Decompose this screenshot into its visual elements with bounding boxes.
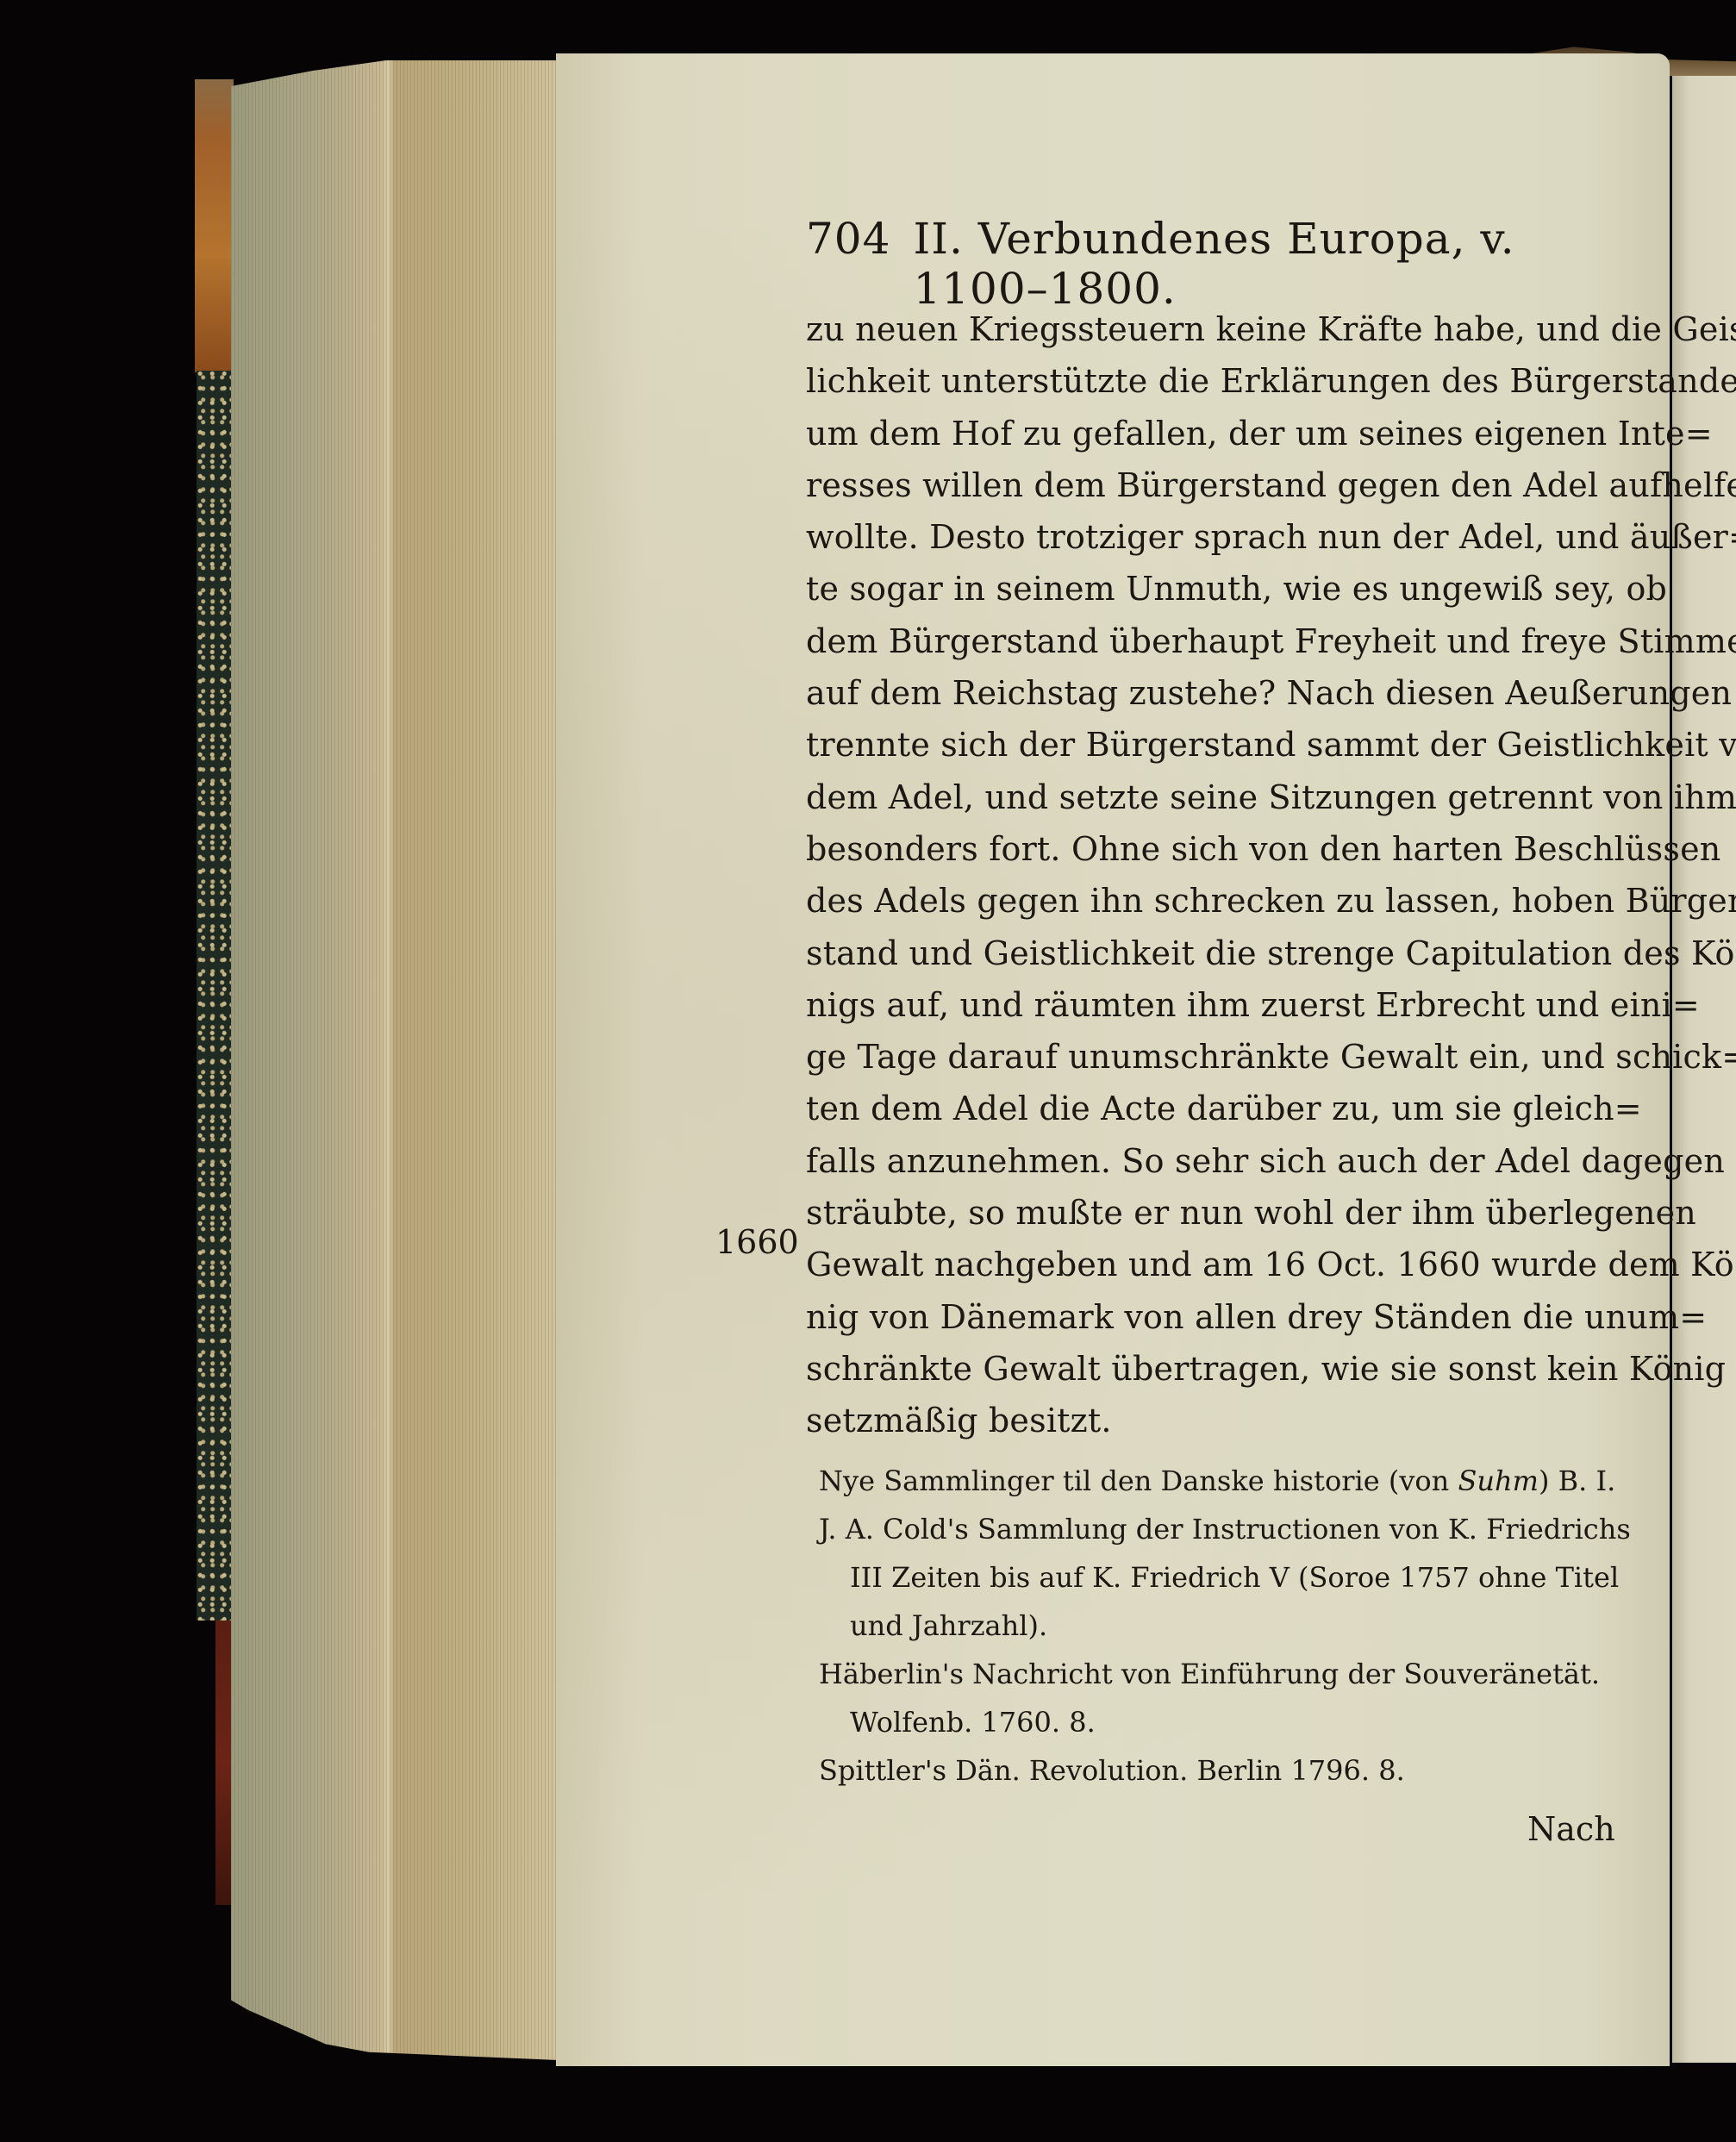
body-line: auf dem Reichstag zustehe? Nach diesen A… — [806, 667, 1620, 719]
body-line: lichkeit unterstützte die Erklärungen de… — [806, 355, 1620, 407]
body-line: sträubte, so mußte er nun wohl der ihm ü… — [806, 1187, 1620, 1239]
page-number: 704 — [806, 214, 890, 264]
body-line: dem Bürgerstand überhaupt Freyheit und f… — [806, 615, 1620, 667]
body-line: trennte sich der Bürgerstand sammt der G… — [806, 719, 1620, 771]
body-line: um dem Hof zu gefallen, der um seines ei… — [806, 408, 1620, 459]
body-line: ten dem Adel die Acte darüber zu, um sie… — [806, 1083, 1620, 1134]
body-line: zu neuen Kriegssteuern keine Kräfte habe… — [806, 303, 1620, 355]
reference-entry: J. A. Cold's Sammlung der Instructionen … — [819, 1505, 1616, 1553]
body-line: Gewalt nachgeben und am 16 Oct. 1660 wur… — [806, 1239, 1620, 1290]
references: Nye Sammlinger til den Danske historie (… — [819, 1457, 1616, 1795]
body-line: schränkte Gewalt übertragen, wie sie son… — [806, 1343, 1620, 1395]
author-italic: Suhm — [1458, 1464, 1538, 1497]
reference-continuation: III Zeiten bis auf K. Friedrich V (Soroe… — [819, 1553, 1616, 1602]
reference-entry: Spittler's Dän. Revolution. Berlin 1796.… — [819, 1746, 1616, 1795]
reference-continuation: Wolfenb. 1760. 8. — [819, 1698, 1616, 1746]
body-line: te sogar in seinem Unmuth, wie es ungewi… — [806, 563, 1620, 615]
running-head: 704 II. Verbundenes Europa, v. 1100–1800… — [806, 214, 1633, 274]
body-line: nigs auf, und räumten ihm zuerst Erbrech… — [806, 979, 1620, 1031]
margin-year-note: 1660 — [715, 1216, 799, 1268]
binding-leather-top — [195, 79, 234, 372]
body-line: resses willen dem Bürgerstand gegen den … — [806, 459, 1620, 511]
body-line: falls anzunehmen. So sehr sich auch der … — [806, 1135, 1620, 1187]
body-line: des Adels gegen ihn schrecken zu lassen,… — [806, 875, 1620, 927]
page-stack-fore-edge — [231, 60, 559, 2060]
body-line: stand und Geistlichkeit die strenge Capi… — [806, 927, 1620, 979]
body-line: setzmäßig besitzt. — [806, 1395, 1620, 1446]
running-head-title: II. Verbundenes Europa, v. 1100–1800. — [913, 214, 1633, 314]
body-line: nig von Dänemark von allen drey Ständen … — [806, 1291, 1620, 1343]
body-line: dem Adel, und setzte seine Sitzungen get… — [806, 771, 1620, 823]
catchword: Nach — [1527, 1810, 1615, 1848]
reference-continuation: und Jahrzahl). — [819, 1602, 1616, 1650]
body-text: zu neuen Kriegssteuern keine Kräfte habe… — [806, 303, 1620, 1447]
reference-entry: Häberlin's Nachricht von Einführung der … — [819, 1650, 1616, 1698]
body-line: ge Tage darauf unumschränkte Gewalt ein,… — [806, 1031, 1620, 1083]
reference-entry: Nye Sammlinger til den Danske historie (… — [819, 1457, 1616, 1505]
body-line: besonders fort. Ohne sich von den harten… — [806, 823, 1620, 875]
body-line: wollte. Desto trotziger sprach nun der A… — [806, 511, 1620, 563]
